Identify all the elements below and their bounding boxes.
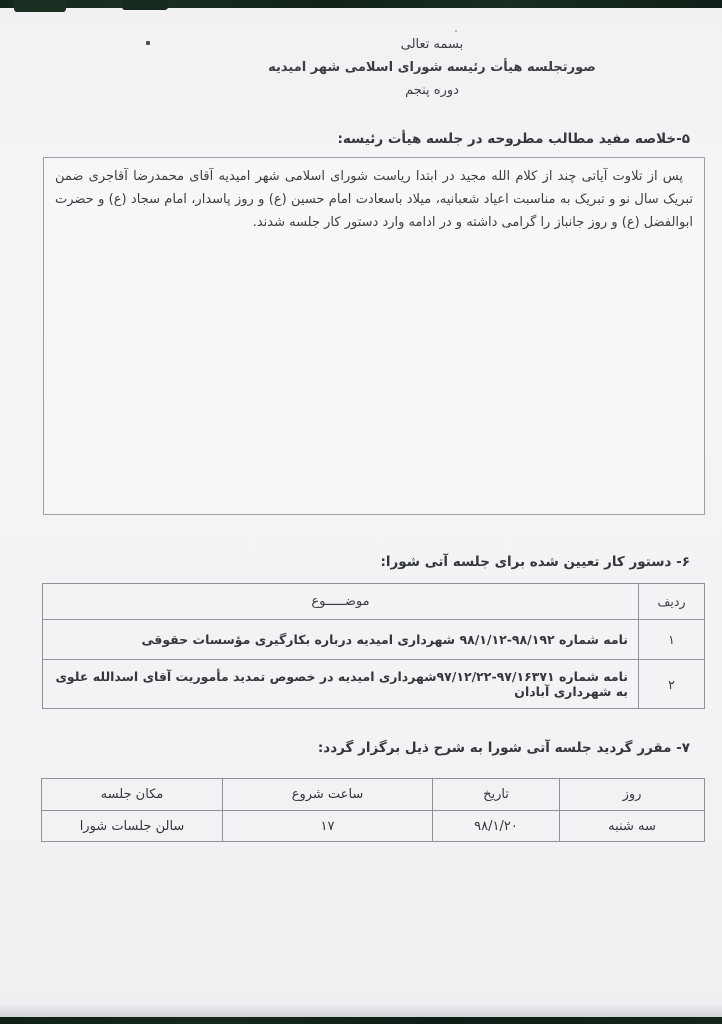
- meeting-summary-text: پس از تلاوت آیاتی چند از کلام الله مجید …: [55, 165, 693, 234]
- document-header: بسمه تعالی صورتجلسه هیأت رئیسه شورای اسل…: [142, 34, 722, 101]
- schedule-value-day: سه شنبه: [560, 811, 705, 842]
- agenda-header-rowno: ردیف: [639, 584, 705, 620]
- schedule-header-start-time: ساعت شروع: [223, 779, 433, 811]
- section6-heading: ۶- دستور کار تعیین شده برای جلسه آتی شور…: [380, 554, 690, 570]
- scan-edge-top: [0, 0, 722, 8]
- agenda-row-subject: نامه شماره ۹۸/۱۹۲-۹۸/۱/۱۲ شهرداری امیدیه…: [43, 620, 639, 660]
- section7-heading: ۷- مقرر گردید جلسه آتی شورا به شرح ذیل ب…: [318, 740, 690, 756]
- table-row: سه شنبه ۹۸/۱/۲۰ ۱۷ سالن جلسات شورا: [42, 811, 705, 842]
- schedule-header-day: روز: [560, 779, 705, 811]
- schedule-value-start-time: ۱۷: [223, 811, 433, 842]
- basmala-line: بسمه تعالی: [142, 34, 722, 55]
- agenda-row-number: ۱: [639, 620, 705, 660]
- document-title: صورتجلسه هیأت رئیسه شورای اسلامی شهر امی…: [142, 57, 722, 78]
- schedule-header-location: مکان جلسه: [42, 779, 223, 811]
- scan-speck: [455, 30, 457, 32]
- agenda-header-row: ردیف موضـــــوع: [43, 584, 705, 620]
- schedule-value-date: ۹۸/۱/۲۰: [433, 811, 560, 842]
- schedule-value-location: سالن جلسات شورا: [42, 811, 223, 842]
- scan-shade-bottom: [0, 1003, 722, 1017]
- section5-heading: ۵-خلاصه مفید مطالب مطروحه در جلسه هیأت ر…: [337, 131, 690, 147]
- schedule-header-row: روز تاریخ ساعت شروع مکان جلسه: [42, 779, 705, 811]
- agenda-header-subject: موضـــــوع: [43, 584, 639, 620]
- meeting-summary-box: پس از تلاوت آیاتی چند از کلام الله مجید …: [43, 157, 705, 515]
- next-meeting-table: روز تاریخ ساعت شروع مکان جلسه سه شنبه ۹۸…: [41, 778, 705, 842]
- agenda-row-subject: نامه شماره ۹۷/۱۶۳۷۱-۹۷/۱۲/۲۲شهرداری امید…: [43, 660, 639, 709]
- council-term: دوره پنجم: [142, 80, 722, 101]
- agenda-table: ردیف موضـــــوع ۱ نامه شماره ۹۸/۱۹۲-۹۸/۱…: [42, 583, 705, 709]
- scanned-document-page: بسمه تعالی صورتجلسه هیأت رئیسه شورای اسل…: [0, 0, 722, 1024]
- scan-artifact: [14, 0, 66, 12]
- table-row: ۱ نامه شماره ۹۸/۱۹۲-۹۸/۱/۱۲ شهرداری امید…: [43, 620, 705, 660]
- table-row: ۲ نامه شماره ۹۷/۱۶۳۷۱-۹۷/۱۲/۲۲شهرداری ام…: [43, 660, 705, 709]
- scan-artifact: [122, 0, 168, 10]
- agenda-row-number: ۲: [639, 660, 705, 709]
- scan-edge-bottom: [0, 1017, 722, 1024]
- schedule-header-date: تاریخ: [433, 779, 560, 811]
